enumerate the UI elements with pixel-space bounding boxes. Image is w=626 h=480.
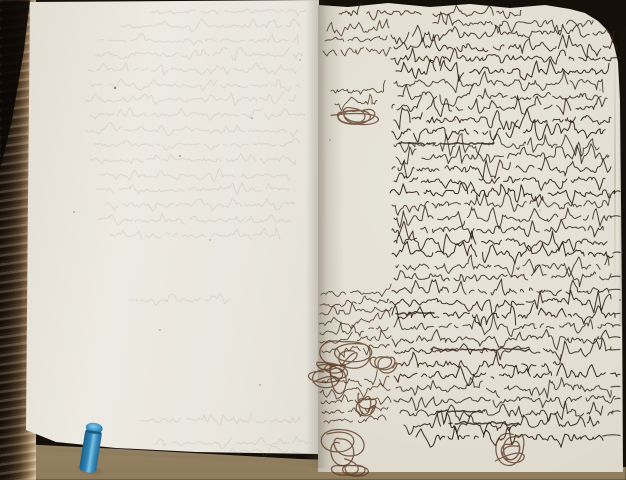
left-page-blank-verso bbox=[26, 0, 319, 454]
manuscript-photo bbox=[0, 0, 626, 480]
gutter-shadow bbox=[306, 0, 328, 468]
page-right-edge-shadow bbox=[619, 26, 626, 326]
right-page-manuscript-recto bbox=[318, 0, 626, 472]
